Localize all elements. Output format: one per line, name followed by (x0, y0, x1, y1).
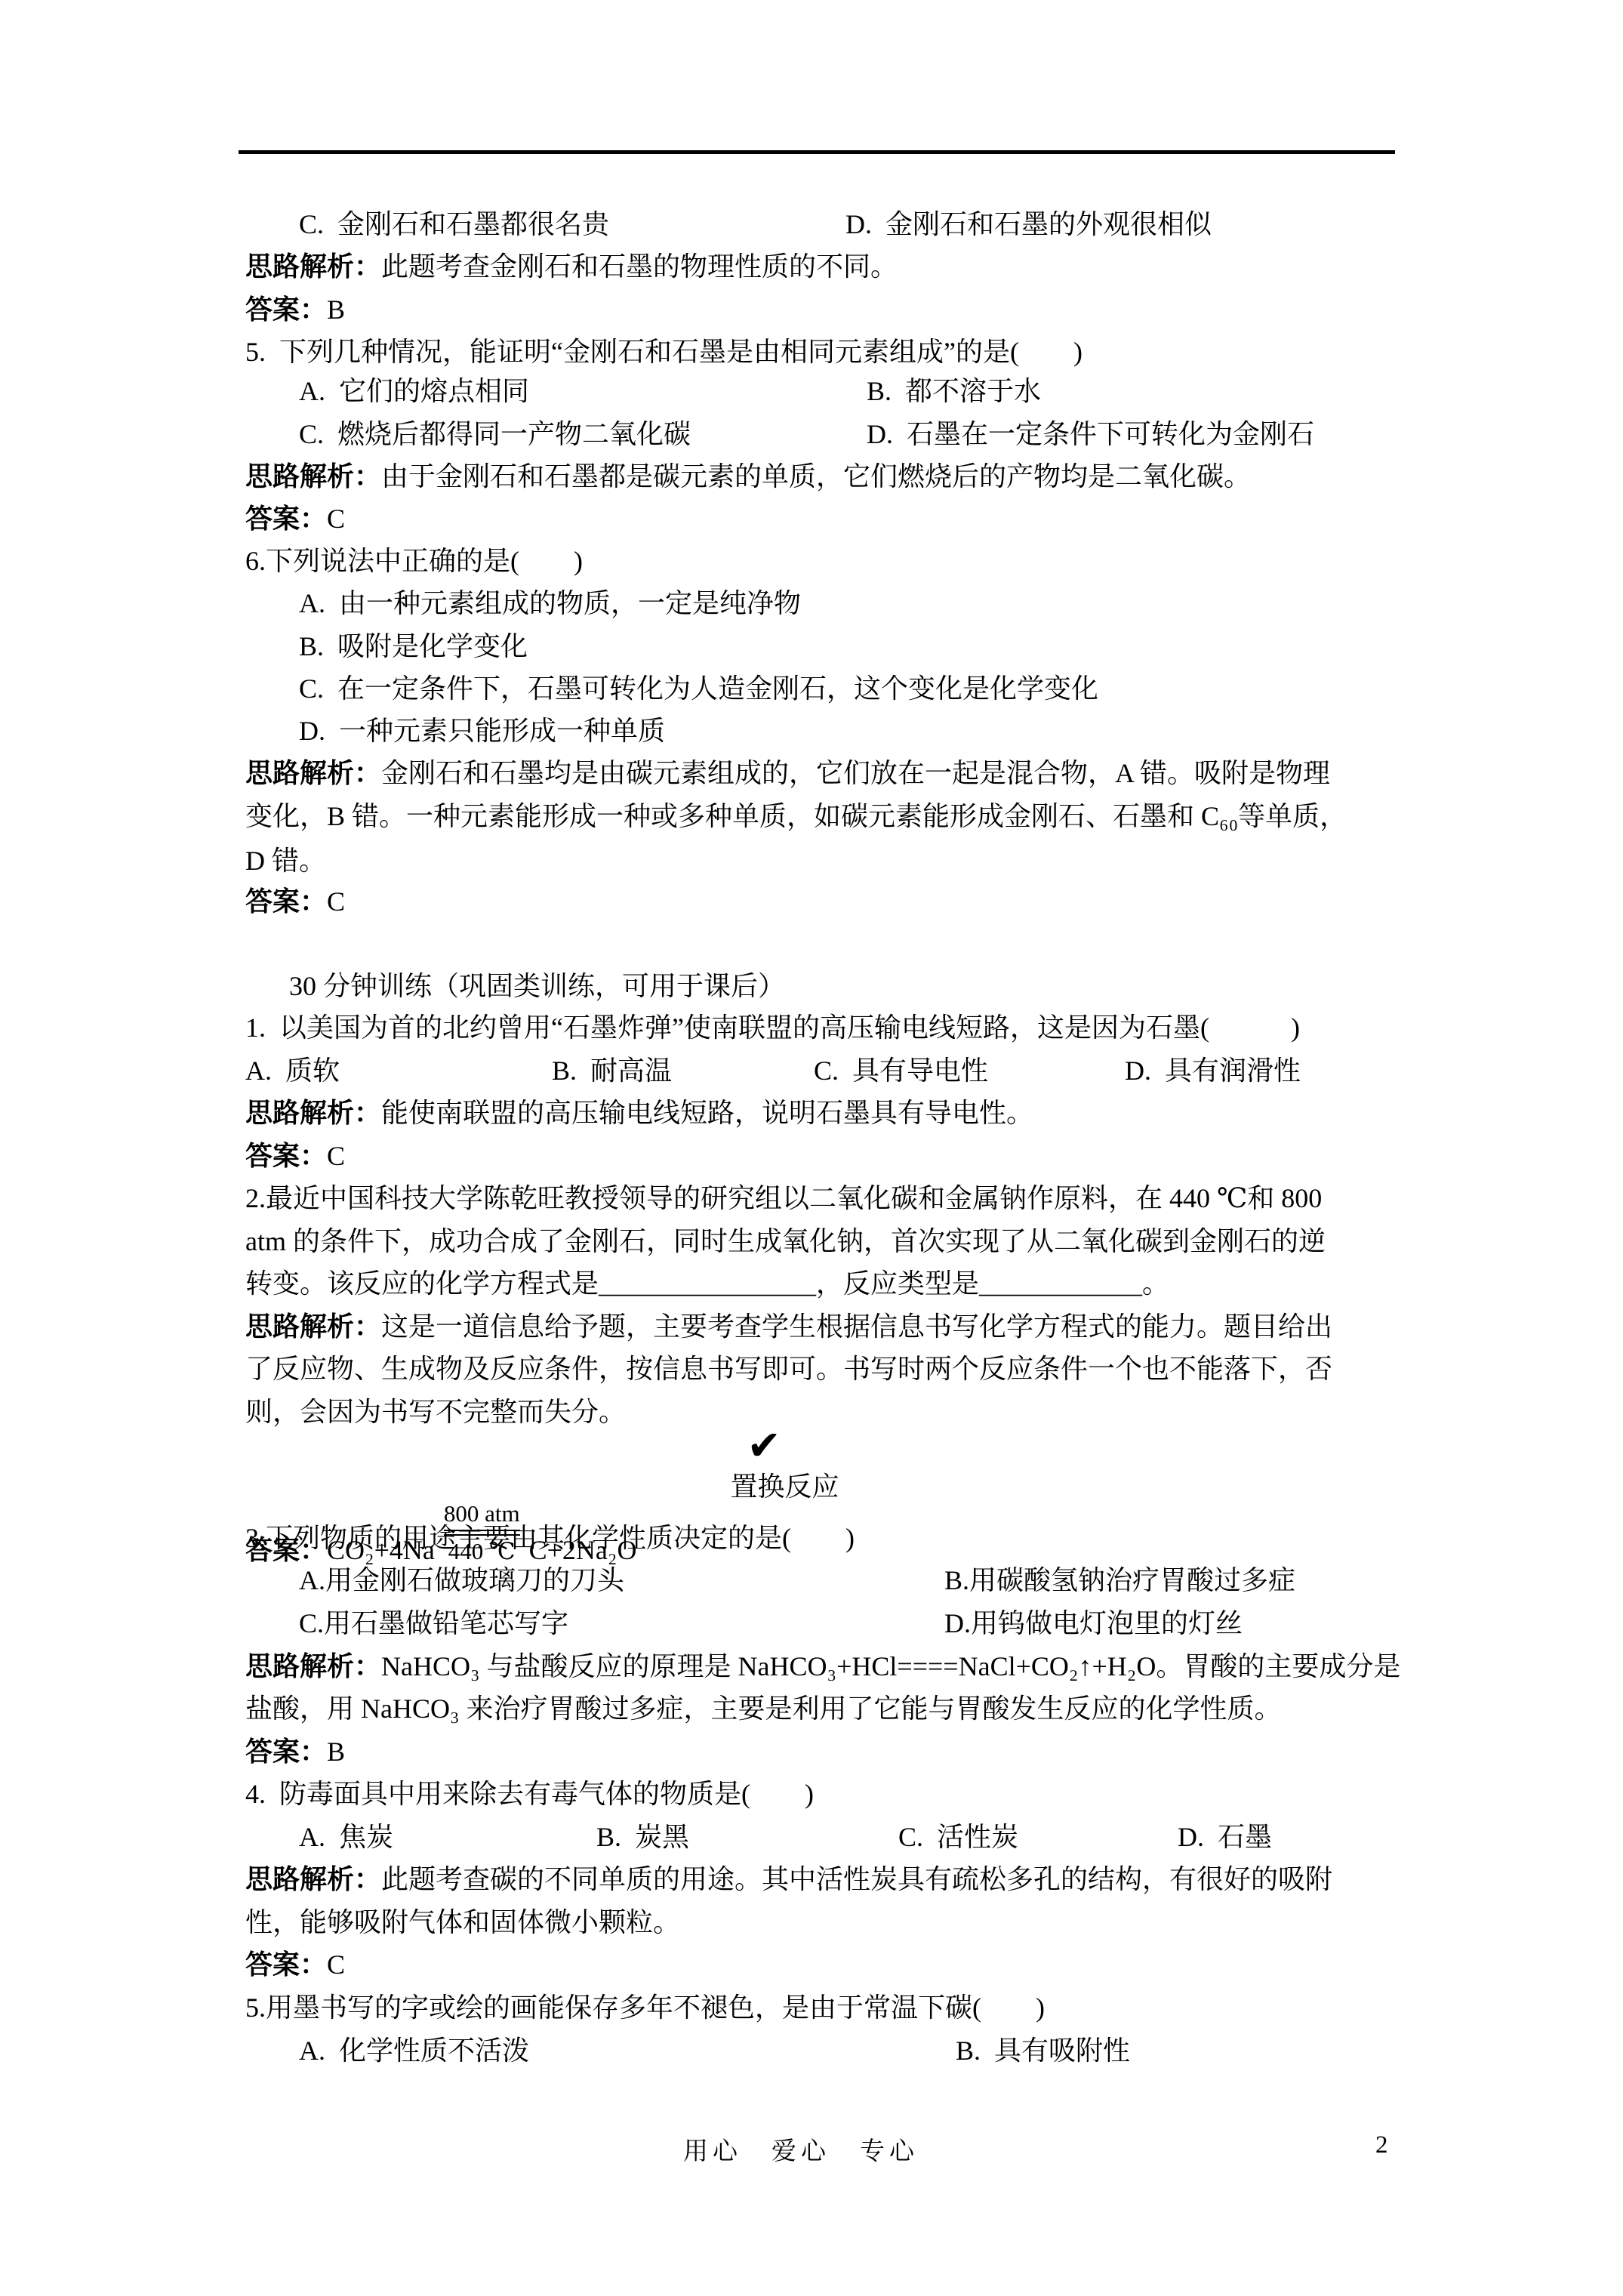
text-line: 1. 以美国为首的北约曾用“石墨炸弹”使南联盟的高压输电线短路，这是因为石墨( … (245, 1012, 1300, 1043)
text-line: D. 石墨 (1178, 1821, 1272, 1853)
checkmark-icon: ✔ (747, 1430, 781, 1462)
text-line: 6.下列说法中正确的是( ) (245, 545, 583, 577)
text-line: 答案：C (245, 1140, 345, 1172)
text-line: 了反应物、生成物及反应条件，按信息书写即可。书写时两个反应条件一个也不能落下，否 (245, 1353, 1332, 1385)
text-line: 5.用墨书写的字或绘的画能保存多年不褪色，是由于常温下碳( ) (245, 1992, 1045, 2023)
text-line: C. 活性炭 (898, 1821, 1018, 1853)
text-line: C. 燃烧后都得同一产物二氧化碳 (299, 418, 691, 450)
text-line: 转变。该反应的化学方程式是________________，反应类型是_____… (245, 1268, 1169, 1299)
text-line: D. 石墨在一定条件下可转化为金刚石 (867, 418, 1314, 450)
text-line: 思路解析：由于金刚石和石墨都是碳元素的单质，它们燃烧后的产物均是二氧化碳。 (245, 461, 1251, 492)
text-line: B. 都不溶于水 (867, 375, 1041, 407)
text-line: C.用石墨做铅笔芯写字 (299, 1607, 568, 1639)
text-line: B. 具有吸附性 (956, 2035, 1130, 2066)
answer-label: 答案： (245, 1534, 327, 1566)
text-line: C. 在一定条件下，石墨可转化为人造金刚石，这个变化是化学变化 (299, 673, 1098, 704)
page-number: 2 (1375, 2131, 1388, 2159)
text-line: 2.最近中国科技大学陈乾旺教授领导的研究组以二氧化碳和金属钠作原料，在 440 … (245, 1182, 1322, 1214)
header-rule (239, 150, 1395, 154)
text-line: B.用碳酸氢钠治疗胃酸过多症 (944, 1564, 1295, 1596)
text-line: 变化，B 错。一种元素能形成一种或多种单质，如碳元素能形成金刚石、石墨和 C₆₀… (245, 800, 1347, 832)
text-line: D 错。 (245, 845, 326, 877)
text-line: 4. 防毒面具中用来除去有毒气体的物质是( ) (245, 1778, 814, 1810)
text-line: A. 质软 (245, 1055, 340, 1086)
text-line: 答案：C (245, 1949, 345, 1980)
text-line: 思路解析：能使南联盟的高压输电线短路，说明石墨具有导电性。 (245, 1097, 1033, 1129)
text-line: D.用钨做电灯泡里的灯丝 (944, 1607, 1243, 1639)
text-line: 思路解析：这是一道信息给予题，主要考查学生根据信息书写化学方程式的能力。题目给出 (245, 1311, 1332, 1342)
text-line: B. 炭黑 (596, 1821, 689, 1853)
text-line: 答案：C (245, 886, 345, 917)
equation-conditions: 800 atm 440 ℃ (444, 1499, 520, 1566)
text-line: D. 金刚石和石墨的外观很相似 (845, 208, 1212, 240)
answer-equation-line: 答案： CO₂+4Na 800 atm 440 ℃ C+2Na₂O 置换反应 ✔ (245, 1439, 839, 1566)
equation-products: C+2Na₂O (529, 1534, 637, 1566)
text-line: 答案：B (245, 294, 345, 325)
text-line: 思路解析：NaHCO₃ 与盐酸反应的原理是 NaHCO₃+HCl====NaCl… (245, 1650, 1400, 1682)
text-line: B. 吸附是化学变化 (299, 630, 528, 662)
text-line: 思路解析：金刚石和石墨均是由碳元素组成的，它们放在一起是混合物，A 错。吸附是物… (245, 757, 1330, 789)
text-line: C. 金刚石和石墨都很名贵 (299, 208, 609, 240)
text-line: D. 具有润滑性 (1125, 1055, 1301, 1086)
text-line: atm 的条件下，成功合成了金刚石，同时生成氧化钠，首次实现了从二氧化碳到金刚石… (245, 1225, 1326, 1257)
text-line: A. 它们的熔点相同 (299, 375, 529, 407)
text-line: 性，能够吸附气体和固体微小颗粒。 (245, 1906, 680, 1938)
footer-motto: 用心 爱心 专心 (683, 2131, 919, 2167)
text-line: 则，会因为书写不完整而失分。 (245, 1396, 626, 1428)
equation-temperature-condition: 440 ℃ (448, 1537, 516, 1566)
text-line: D. 一种元素只能形成一种单质 (299, 715, 665, 747)
text-line: B. 耐高温 (552, 1055, 672, 1086)
text-line: 答案：C (245, 503, 345, 535)
text-line: 思路解析：此题考查金刚石和石墨的物理性质的不同。 (245, 251, 898, 282)
text-line: 答案：B (245, 1736, 345, 1767)
text-line: C. 具有导电性 (814, 1055, 988, 1086)
text-line: A. 焦炭 (299, 1821, 393, 1853)
text-line: A. 由一种元素组成的物质，一定是纯净物 (299, 587, 801, 619)
text-line: 30 分钟训练（巩固类训练，可用于课后） (289, 970, 785, 1002)
text-line: 思路解析：此题考查碳的不同单质的用途。其中活性炭具有疏松多孔的结构，有很好的吸附 (245, 1863, 1332, 1895)
equation-reactants: CO₂+4Na (327, 1534, 435, 1566)
document-page: C. 金刚石和石墨都很名贵D. 金刚石和石墨的外观很相似思路解析：此题考查金刚石… (0, 0, 1623, 2296)
text-line: A. 化学性质不活泼 (299, 2035, 529, 2066)
reaction-type-text: 置换反应 (730, 1472, 839, 1502)
reaction-type: 置换反应 ✔ (689, 1439, 839, 1566)
equation-pressure-condition: 800 atm (444, 1499, 520, 1528)
text-line: 5. 下列几种情况，能证明“金刚石和石墨是由相同元素组成”的是( ) (245, 336, 1083, 368)
text-line: A.用金刚石做玻璃刀的刀头 (299, 1564, 624, 1596)
text-line: 盐酸，用 NaHCO₃ 来治疗胃酸过多症，主要是利用了它能与胃酸发生反应的化学性… (245, 1693, 1282, 1724)
equation-double-line (444, 1530, 520, 1536)
